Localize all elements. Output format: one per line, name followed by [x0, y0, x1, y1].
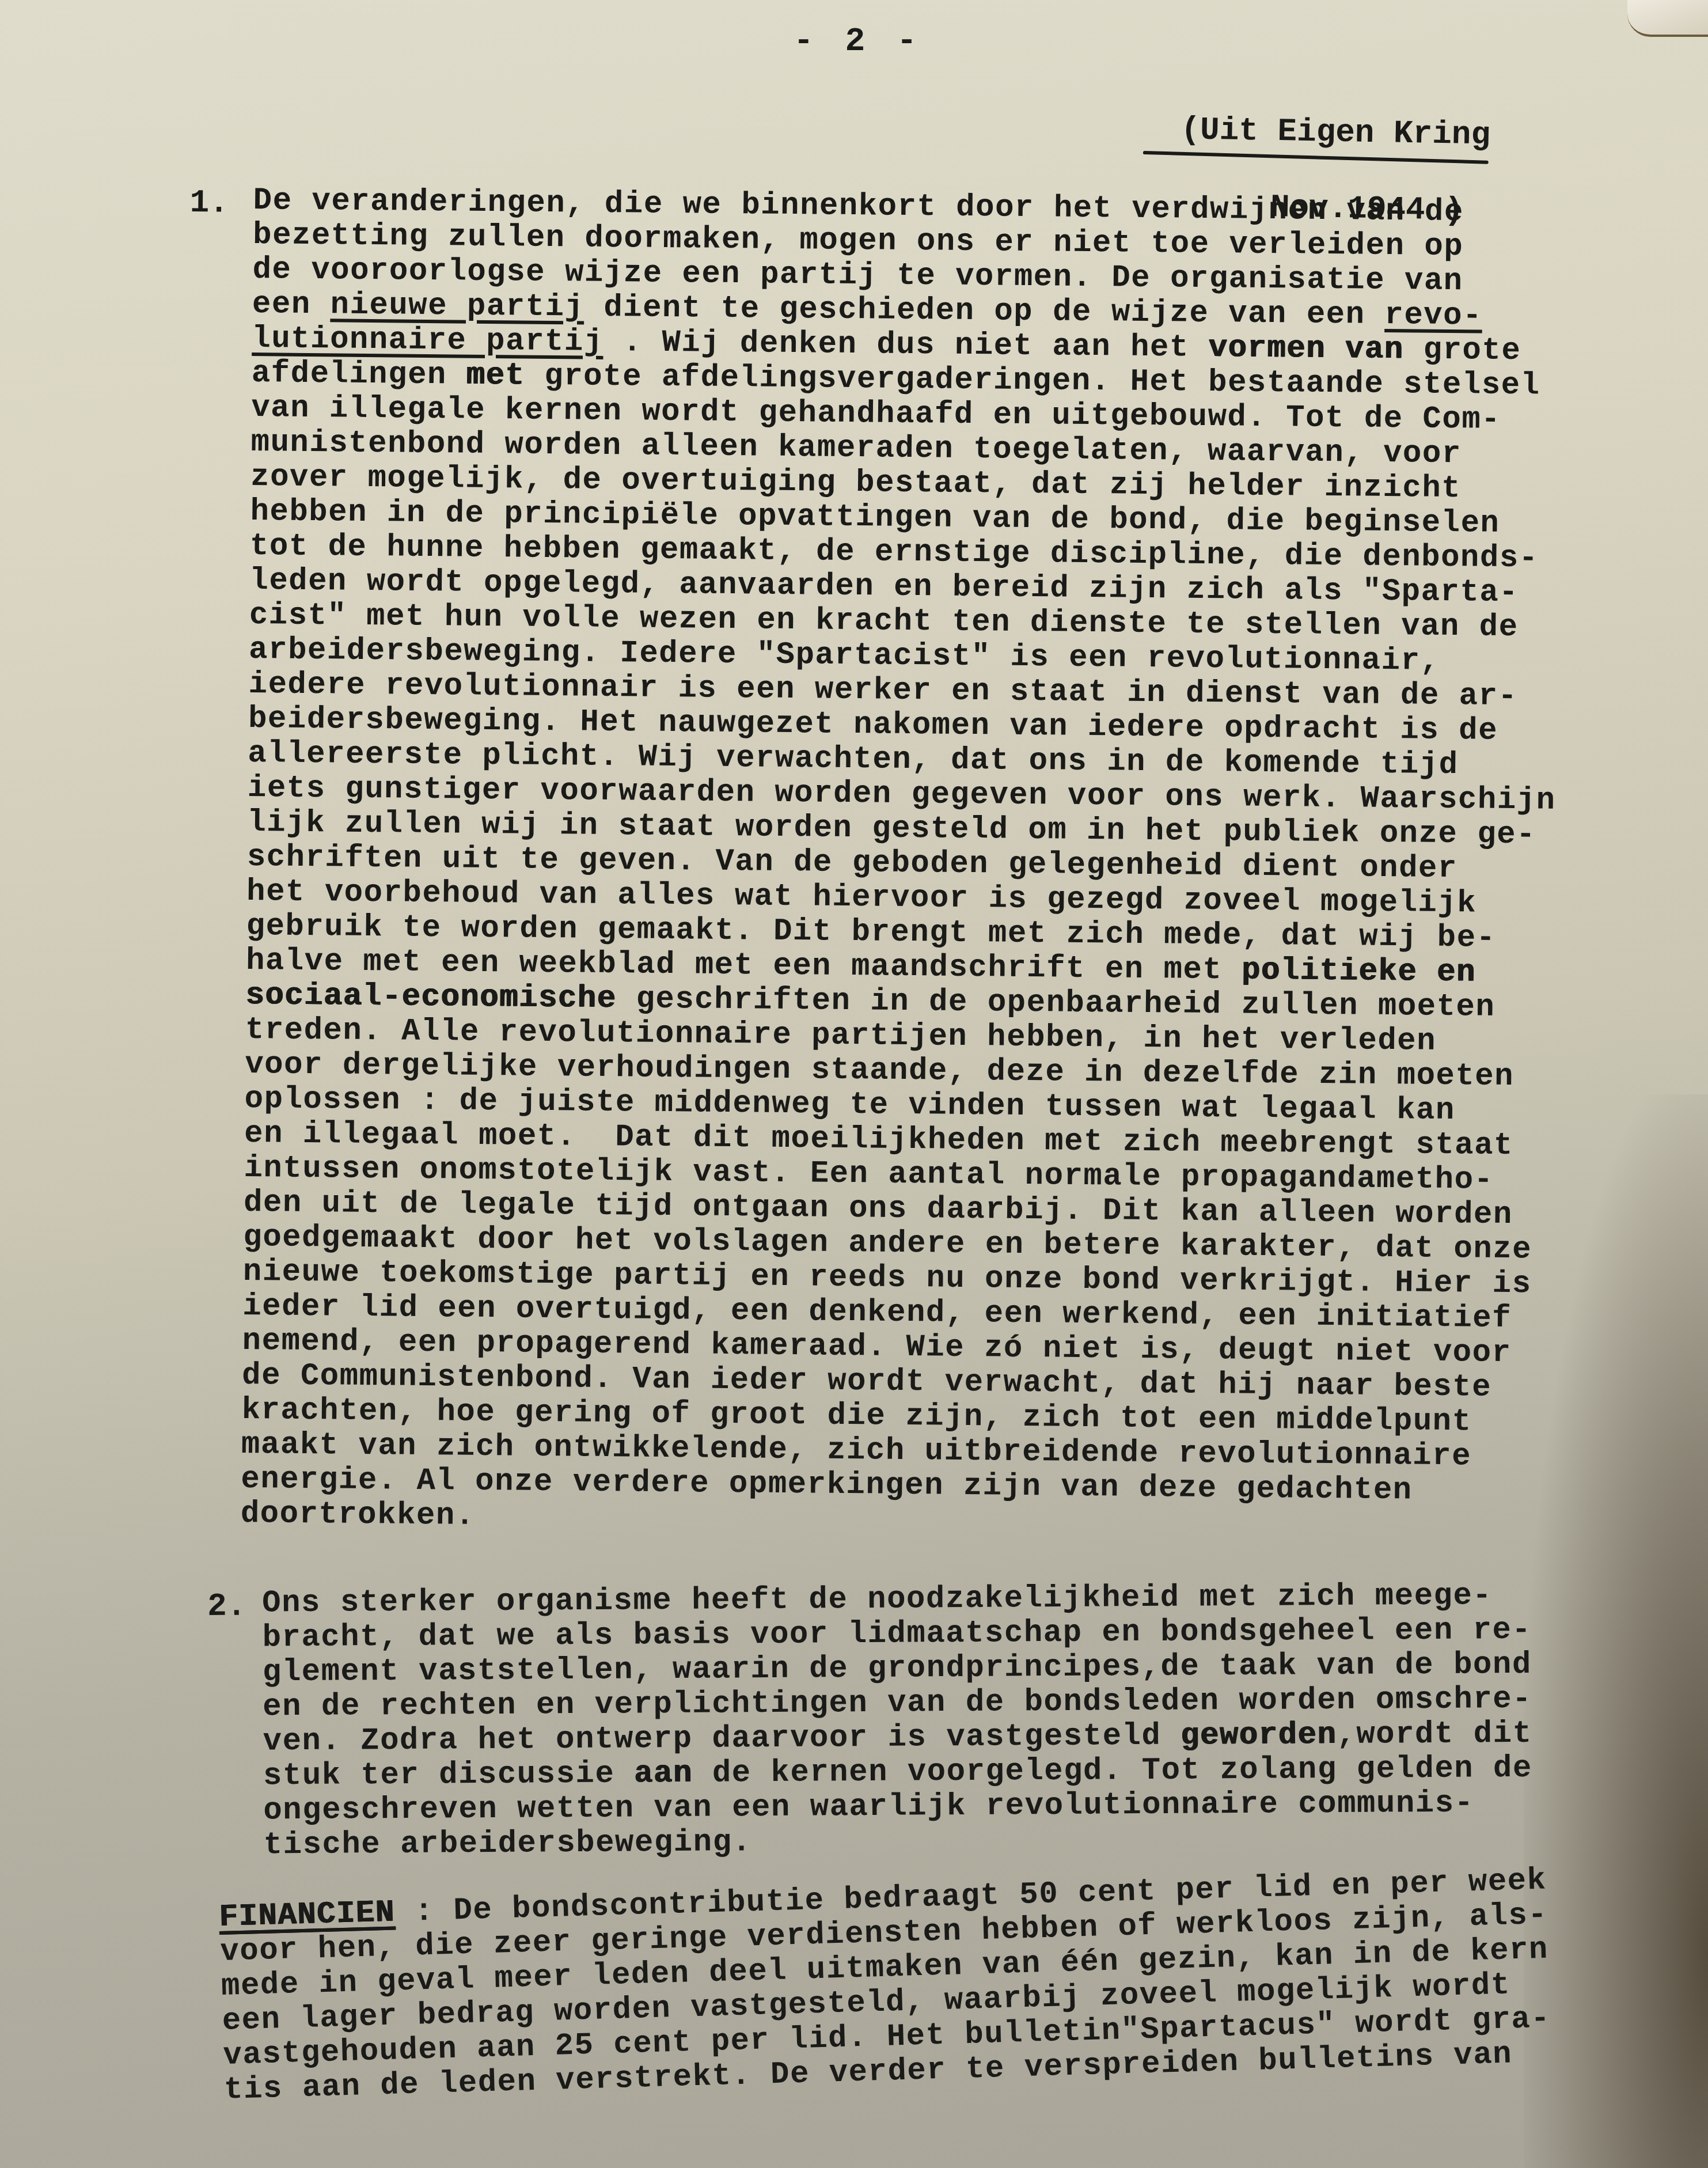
- underlined-text: nieuwe partij: [330, 287, 584, 325]
- bold-text: aan: [634, 1756, 693, 1792]
- text-segment: grote: [1403, 332, 1521, 369]
- finances-lines: FINANCIEN : De bondscontributie bedraagt…: [219, 1864, 1552, 2108]
- paragraph-1-lines: De veranderingen, die we binnenkort door…: [241, 184, 1562, 1544]
- bold-text: geworden: [1181, 1718, 1337, 1754]
- bold-text: vormen van: [1208, 331, 1404, 367]
- text-segment: . Wij denken dus niet aan het: [603, 325, 1209, 366]
- item-number-1: 1.: [189, 184, 229, 222]
- text-line: tische arbeidersbeweging.: [264, 1821, 1533, 1863]
- page-number: - 2 -: [794, 23, 923, 60]
- underlined-text: lutionnaire partij: [252, 321, 604, 360]
- text-segment: afdelingen: [252, 356, 467, 393]
- torn-corner: [1627, 0, 1708, 37]
- bold-text: politieke en: [1242, 953, 1476, 991]
- finances-separator: :: [394, 1894, 454, 1931]
- source-title: (Uit Eigen Kring: [1181, 111, 1491, 153]
- finances-heading: FINANCIEN: [219, 1895, 396, 1935]
- bold-text: met: [466, 358, 525, 394]
- underlined-text: revo-: [1384, 298, 1482, 334]
- paragraph-2-lines: Ons sterker organisme heeft de noodzakel…: [262, 1579, 1533, 1863]
- text-segment: stuk ter discussie: [263, 1756, 635, 1794]
- text-segment: ven. Zodra het ontwerp daarvoor is vastg…: [263, 1719, 1181, 1760]
- text-segment: ,wordt dit: [1337, 1716, 1532, 1753]
- page-shadow: [1524, 1094, 1708, 2168]
- text-segment: de kernen voorgelegd. Tot zolang gelden …: [693, 1751, 1532, 1791]
- text-segment: een: [252, 287, 331, 323]
- bold-text: sociaal-economische: [245, 978, 617, 1017]
- item-number-2: 2.: [207, 1588, 246, 1625]
